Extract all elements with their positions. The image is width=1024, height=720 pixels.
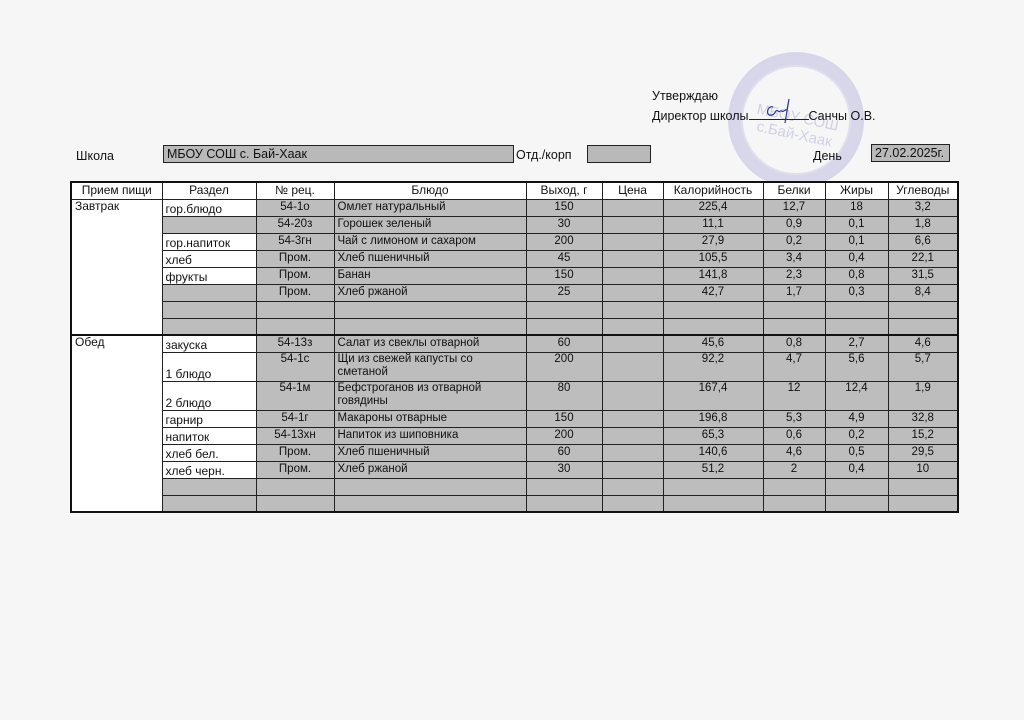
meal-name-cell: Завтрак [71, 199, 162, 335]
dish-cell[interactable] [334, 495, 526, 512]
price-cell[interactable] [602, 478, 663, 495]
price-cell[interactable] [602, 199, 663, 216]
carbs-cell[interactable]: 15,2 [888, 427, 958, 444]
yield-cell[interactable]: 30 [526, 461, 602, 478]
kcal-cell[interactable]: 65,3 [663, 427, 763, 444]
price-cell[interactable] [602, 335, 663, 352]
carbs-cell[interactable]: 3,2 [888, 199, 958, 216]
recipe-cell[interactable]: 54-13з [256, 335, 334, 352]
carbs-cell[interactable]: 29,5 [888, 444, 958, 461]
column-header-price: Цена [602, 182, 663, 199]
table-row: Завтракгор.блюдо54-1оОмлет натуральный15… [71, 199, 958, 216]
table-body: Завтракгор.блюдо54-1оОмлет натуральный15… [71, 199, 958, 512]
fat-cell[interactable] [825, 318, 888, 335]
protein-cell[interactable] [763, 301, 825, 318]
yield-cell[interactable]: 60 [526, 335, 602, 352]
fat-cell[interactable] [825, 301, 888, 318]
dish-cell[interactable] [334, 301, 526, 318]
recipe-cell[interactable] [256, 301, 334, 318]
kcal-cell[interactable]: 105,5 [663, 250, 763, 267]
price-cell[interactable] [602, 381, 663, 410]
yield-cell[interactable]: 200 [526, 233, 602, 250]
section-cell[interactable]: гор.блюдо [162, 199, 256, 216]
protein-cell[interactable] [763, 495, 825, 512]
section-cell[interactable] [162, 284, 256, 301]
carbs-cell[interactable]: 8,4 [888, 284, 958, 301]
yield-cell[interactable] [526, 478, 602, 495]
section-cell[interactable]: напиток [162, 427, 256, 444]
yield-cell[interactable]: 25 [526, 284, 602, 301]
kcal-cell[interactable] [663, 495, 763, 512]
recipe-cell[interactable]: Пром. [256, 284, 334, 301]
kcal-cell[interactable]: 196,8 [663, 410, 763, 427]
protein-cell[interactable]: 0,6 [763, 427, 825, 444]
kcal-cell[interactable]: 92,2 [663, 352, 763, 381]
yield-cell[interactable]: 45 [526, 250, 602, 267]
column-header-carbs: Углеводы [888, 182, 958, 199]
carbs-cell[interactable] [888, 495, 958, 512]
carbs-cell[interactable]: 5,7 [888, 352, 958, 381]
section-cell[interactable] [162, 301, 256, 318]
dish-cell[interactable] [334, 318, 526, 335]
price-cell[interactable] [602, 410, 663, 427]
carbs-cell[interactable]: 6,6 [888, 233, 958, 250]
kcal-cell[interactable]: 27,9 [663, 233, 763, 250]
carbs-cell[interactable]: 1,8 [888, 216, 958, 233]
fat-cell[interactable]: 0,4 [825, 250, 888, 267]
dish-cell[interactable]: Чай с лимоном и сахаром [334, 233, 526, 250]
protein-cell[interactable]: 5,3 [763, 410, 825, 427]
yield-cell[interactable]: 80 [526, 381, 602, 410]
table-row: Пром.Хлеб ржаной2542,71,70,38,4 [71, 284, 958, 301]
dish-cell[interactable]: Бефстроганов из отварной говядины [334, 381, 526, 410]
recipe-cell[interactable]: 54-1о [256, 199, 334, 216]
carbs-cell[interactable]: 31,5 [888, 267, 958, 284]
director-name: Санчы О.В. [809, 109, 876, 123]
kcal-cell[interactable]: 225,4 [663, 199, 763, 216]
table-row: 54-20зГорошек зеленый3011,10,90,11,8 [71, 216, 958, 233]
signature-line [749, 107, 809, 120]
yield-cell[interactable] [526, 318, 602, 335]
recipe-cell[interactable]: 54-1г [256, 410, 334, 427]
table-row: хлебПром.Хлеб пшеничный45105,53,40,422,1 [71, 250, 958, 267]
price-cell[interactable] [602, 495, 663, 512]
price-cell[interactable] [602, 352, 663, 381]
table-row: фруктыПром.Банан150141,82,30,831,5 [71, 267, 958, 284]
section-cell[interactable]: хлеб бел. [162, 444, 256, 461]
dept-label: Отд./корп [516, 148, 572, 162]
dish-cell[interactable]: Хлеб пшеничный [334, 444, 526, 461]
section-cell[interactable]: фрукты [162, 267, 256, 284]
table-row: гарнир54-1гМакароны отварные150196,85,34… [71, 410, 958, 427]
protein-cell[interactable] [763, 478, 825, 495]
yield-cell[interactable]: 30 [526, 216, 602, 233]
school-label: Школа [76, 149, 114, 163]
fat-cell[interactable]: 4,9 [825, 410, 888, 427]
section-cell[interactable] [162, 495, 256, 512]
yield-cell[interactable]: 200 [526, 352, 602, 381]
table-row: 1 блюдо54-1сЩи из свежей капусты со смет… [71, 352, 958, 381]
director-label: Директор школы [652, 109, 749, 123]
section-cell[interactable]: закуска [162, 335, 256, 352]
dish-cell[interactable]: Щи из свежей капусты со сметаной [334, 352, 526, 381]
table-header-row: Прием пищиРаздел№ рец.БлюдоВыход, гЦенаК… [71, 182, 958, 199]
protein-cell[interactable]: 4,7 [763, 352, 825, 381]
fat-cell[interactable]: 2,7 [825, 335, 888, 352]
kcal-cell[interactable]: 51,2 [663, 461, 763, 478]
kcal-cell[interactable]: 167,4 [663, 381, 763, 410]
price-cell[interactable] [602, 301, 663, 318]
recipe-cell[interactable]: 54-13хн [256, 427, 334, 444]
meal-name-cell: Обед [71, 335, 162, 512]
carbs-cell[interactable]: 10 [888, 461, 958, 478]
section-cell[interactable]: 2 блюдо [162, 381, 256, 410]
kcal-cell[interactable]: 140,6 [663, 444, 763, 461]
dept-field[interactable] [587, 145, 651, 163]
dish-cell[interactable]: Хлеб пшеничный [334, 250, 526, 267]
column-header-recipe: № рец. [256, 182, 334, 199]
kcal-cell[interactable]: 141,8 [663, 267, 763, 284]
dish-cell[interactable]: Банан [334, 267, 526, 284]
table-row [71, 318, 958, 335]
column-header-meal: Прием пищи [71, 182, 162, 199]
recipe-cell[interactable] [256, 478, 334, 495]
fat-cell[interactable]: 0,1 [825, 233, 888, 250]
table-row: хлеб черн.Пром.Хлеб ржаной3051,220,410 [71, 461, 958, 478]
recipe-cell[interactable] [256, 318, 334, 335]
price-cell[interactable] [602, 318, 663, 335]
director-line: Директор школы Санчы О.В. [652, 106, 876, 126]
kcal-cell[interactable]: 11,1 [663, 216, 763, 233]
yield-cell[interactable]: 60 [526, 444, 602, 461]
table-row [71, 301, 958, 318]
protein-cell[interactable]: 12 [763, 381, 825, 410]
kcal-cell[interactable] [663, 478, 763, 495]
table-row: гор.напиток54-3гнЧай с лимоном и сахаром… [71, 233, 958, 250]
table-row: хлеб бел.Пром.Хлеб пшеничный60140,64,60,… [71, 444, 958, 461]
fat-cell[interactable]: 12,4 [825, 381, 888, 410]
approval-block: Утверждаю Директор школы Санчы О.В. [652, 86, 876, 126]
table-row [71, 478, 958, 495]
fat-cell[interactable]: 0,1 [825, 216, 888, 233]
school-field[interactable]: МБОУ СОШ с. Бай-Хаак [163, 145, 514, 163]
kcal-cell[interactable] [663, 318, 763, 335]
kcal-cell[interactable] [663, 301, 763, 318]
menu-table: Прием пищиРаздел№ рец.БлюдоВыход, гЦенаК… [70, 181, 959, 513]
dish-cell[interactable]: Напиток из шиповника [334, 427, 526, 444]
kcal-cell[interactable]: 42,7 [663, 284, 763, 301]
carbs-cell[interactable] [888, 301, 958, 318]
recipe-cell[interactable]: Пром. [256, 267, 334, 284]
price-cell[interactable] [602, 461, 663, 478]
day-label: День [813, 149, 842, 163]
protein-cell[interactable]: 1,7 [763, 284, 825, 301]
column-header-section: Раздел [162, 182, 256, 199]
section-cell[interactable] [162, 216, 256, 233]
fat-cell[interactable]: 0,2 [825, 427, 888, 444]
section-cell[interactable]: хлеб черн. [162, 461, 256, 478]
dish-cell[interactable] [334, 478, 526, 495]
protein-cell[interactable]: 0,9 [763, 216, 825, 233]
section-cell[interactable]: гарнир [162, 410, 256, 427]
table-row: 2 блюдо54-1мБефстроганов из отварной гов… [71, 381, 958, 410]
protein-cell[interactable]: 2,3 [763, 267, 825, 284]
protein-cell[interactable]: 12,7 [763, 199, 825, 216]
price-cell[interactable] [602, 444, 663, 461]
protein-cell[interactable]: 0,2 [763, 233, 825, 250]
section-cell[interactable]: хлеб [162, 250, 256, 267]
dish-cell[interactable]: Омлет натуральный [334, 199, 526, 216]
protein-cell[interactable]: 4,6 [763, 444, 825, 461]
price-cell[interactable] [602, 427, 663, 444]
recipe-cell[interactable]: Пром. [256, 250, 334, 267]
carbs-cell[interactable]: 22,1 [888, 250, 958, 267]
fat-cell[interactable] [825, 495, 888, 512]
protein-cell[interactable]: 2 [763, 461, 825, 478]
section-cell[interactable] [162, 478, 256, 495]
yield-cell[interactable] [526, 495, 602, 512]
table-row: напиток54-13хнНапиток из шиповника20065,… [71, 427, 958, 444]
recipe-cell[interactable]: 54-20з [256, 216, 334, 233]
fat-cell[interactable]: 0,3 [825, 284, 888, 301]
column-header-yield: Выход, г [526, 182, 602, 199]
column-header-dish: Блюдо [334, 182, 526, 199]
recipe-cell[interactable]: 54-1м [256, 381, 334, 410]
protein-cell[interactable]: 3,4 [763, 250, 825, 267]
recipe-cell[interactable]: Пром. [256, 461, 334, 478]
column-header-protein: Белки [763, 182, 825, 199]
recipe-cell[interactable]: Пром. [256, 444, 334, 461]
carbs-cell[interactable]: 4,6 [888, 335, 958, 352]
yield-cell[interactable]: 200 [526, 427, 602, 444]
yield-cell[interactable]: 150 [526, 410, 602, 427]
day-field[interactable]: 27.02.2025г. [871, 144, 950, 162]
carbs-cell[interactable] [888, 318, 958, 335]
price-cell[interactable] [602, 267, 663, 284]
fat-cell[interactable] [825, 478, 888, 495]
carbs-cell[interactable]: 32,8 [888, 410, 958, 427]
fat-cell[interactable]: 0,4 [825, 461, 888, 478]
dish-cell[interactable]: Макароны отварные [334, 410, 526, 427]
fat-cell[interactable]: 5,6 [825, 352, 888, 381]
dish-cell[interactable]: Салат из свеклы отварной [334, 335, 526, 352]
fat-cell[interactable]: 18 [825, 199, 888, 216]
section-cell[interactable] [162, 318, 256, 335]
price-cell[interactable] [602, 250, 663, 267]
recipe-cell[interactable]: 54-3гн [256, 233, 334, 250]
price-cell[interactable] [602, 216, 663, 233]
column-header-fat: Жиры [825, 182, 888, 199]
protein-cell[interactable]: 0,8 [763, 335, 825, 352]
dish-cell[interactable]: Хлеб ржаной [334, 284, 526, 301]
carbs-cell[interactable] [888, 478, 958, 495]
kcal-cell[interactable]: 45,6 [663, 335, 763, 352]
section-cell[interactable]: гор.напиток [162, 233, 256, 250]
price-cell[interactable] [602, 284, 663, 301]
table-row [71, 495, 958, 512]
dish-cell[interactable]: Горошек зеленый [334, 216, 526, 233]
column-header-kcal: Калорийность [663, 182, 763, 199]
dish-cell[interactable]: Хлеб ржаной [334, 461, 526, 478]
section-cell[interactable]: 1 блюдо [162, 352, 256, 381]
yield-cell[interactable]: 150 [526, 267, 602, 284]
price-cell[interactable] [602, 233, 663, 250]
table-row: Обедзакуска54-13зСалат из свеклы отварно… [71, 335, 958, 352]
yield-cell[interactable]: 150 [526, 199, 602, 216]
yield-cell[interactable] [526, 301, 602, 318]
recipe-cell[interactable] [256, 495, 334, 512]
signature-icon [763, 97, 799, 125]
fat-cell[interactable]: 0,8 [825, 267, 888, 284]
recipe-cell[interactable]: 54-1с [256, 352, 334, 381]
carbs-cell[interactable]: 1,9 [888, 381, 958, 410]
protein-cell[interactable] [763, 318, 825, 335]
fat-cell[interactable]: 0,5 [825, 444, 888, 461]
